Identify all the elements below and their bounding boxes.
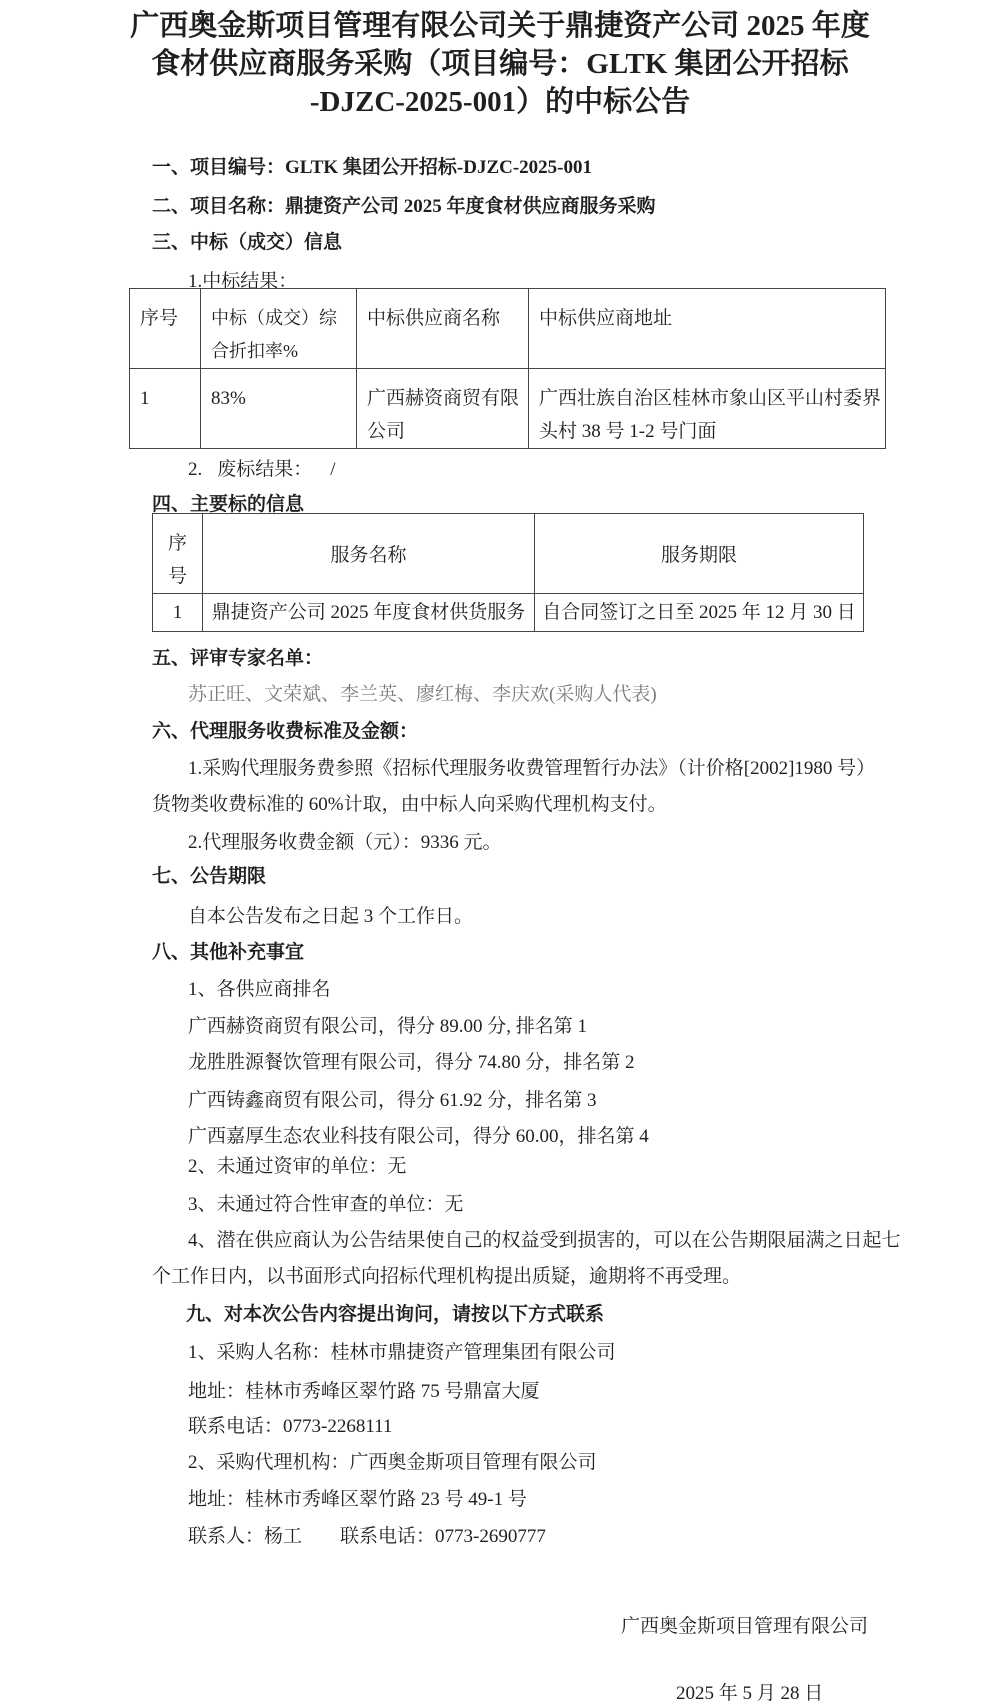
- section-7-heading: 七、公告期限: [152, 858, 266, 895]
- rank-1: 广西赫资商贸有限公司，得分 89.00 分, 排名第 1: [188, 1008, 587, 1045]
- header-cell-supplier: 中标供应商名称: [357, 289, 529, 369]
- section-6-heading: 六、代理服务收费标准及金额：: [152, 713, 418, 750]
- cell-seq: 1: [153, 594, 203, 632]
- fail-result-prefix: 2.: [188, 459, 202, 480]
- section-3-heading: 三、中标（成交）信息: [152, 224, 342, 261]
- agency-fee-standard: 1.采购代理服务费参照《招标代理服务收费管理暂行办法》（计价格[2002]198…: [152, 751, 892, 823]
- section-5-heading: 五、评审专家名单：: [152, 640, 323, 677]
- award-announcement-document: 广西奥金斯项目管理有限公司关于鼎捷资产公司 2025 年度 食材供应商服务采购（…: [0, 0, 1000, 1706]
- agency-fee-amount: 2.代理服务收费金额（元）：9336 元。: [188, 824, 502, 861]
- award-table-header-row: 序号 中标（成交）综合折扣率% 中标供应商名称 中标供应商地址: [130, 289, 886, 369]
- subject-info-table: 序号 服务名称 服务期限 1 鼎捷资产公司 2025 年度食材供货服务 自合同签…: [152, 513, 864, 632]
- cell-seq: 1: [130, 369, 201, 449]
- fail-result-line: 2.废标结果：/: [188, 451, 336, 488]
- award-result-table: 序号 中标（成交）综合折扣率% 中标供应商名称 中标供应商地址 1 83% 广西…: [129, 288, 886, 449]
- header-cell-term: 服务期限: [535, 514, 864, 594]
- buyer-phone: 联系电话：0773-2268111: [188, 1408, 392, 1445]
- title-line-3: -DJZC-2025-001）的中标公告: [0, 83, 1000, 121]
- failed-conformity-line: 3、未通过符合性审查的单位：无: [188, 1186, 464, 1223]
- announcement-period: 自本公告发布之日起 3 个工作日。: [188, 898, 473, 935]
- cell-service: 鼎捷资产公司 2025 年度食材供货服务: [203, 594, 535, 632]
- fail-result-label: 废标结果：: [217, 459, 312, 480]
- header-cell-discount: 中标（成交）综合折扣率%: [201, 289, 357, 369]
- fail-result-value: /: [330, 459, 335, 480]
- agent-address: 地址：桂林市秀峰区翠竹路 23 号 49-1 号: [188, 1481, 527, 1518]
- agent-name: 2、采购代理机构：广西奥金斯项目管理有限公司: [188, 1444, 597, 1481]
- signature-date: 2025 年 5 月 28 日: [676, 1675, 823, 1706]
- expert-list: 苏正旺、文荣斌、李兰英、廖红梅、李庆欢(采购人代表): [188, 676, 657, 713]
- cell-term: 自合同签订之日至 2025 年 12 月 30 日: [535, 594, 864, 632]
- rank-2: 龙胜胜源餐饮管理有限公司，得分 74.80 分，排名第 2: [188, 1044, 635, 1081]
- failed-qualification-line: 2、未通过资审的单位：无: [188, 1148, 407, 1185]
- agent-contact: 联系人：杨工 联系电话：0773-2690777: [188, 1518, 546, 1555]
- header-cell-seq: 序号: [130, 289, 201, 369]
- cell-supplier: 广西赫资商贸有限公司: [357, 369, 529, 449]
- subject-table-header-row: 序号 服务名称 服务期限: [153, 514, 864, 594]
- header-cell-address: 中标供应商地址: [529, 289, 886, 369]
- header-cell-service: 服务名称: [203, 514, 535, 594]
- rank-3: 广西铸鑫商贸有限公司，得分 61.92 分，排名第 3: [188, 1082, 597, 1119]
- section-8-heading: 八、其他补充事宜: [152, 934, 304, 971]
- subject-table-data-row: 1 鼎捷资产公司 2025 年度食材供货服务 自合同签订之日至 2025 年 1…: [153, 594, 864, 632]
- buyer-address: 地址：桂林市秀峰区翠竹路 75 号鼎富大厦: [188, 1373, 540, 1410]
- section-1-heading: 一、项目编号：GLTK 集团公开招标-DJZC-2025-001: [152, 149, 592, 186]
- cell-address: 广西壮族自治区桂林市象山区平山村委界头村 38 号 1-2 号门面: [529, 369, 886, 449]
- buyer-name: 1、采购人名称：桂林市鼎捷资产管理集团有限公司: [188, 1334, 616, 1371]
- award-table-data-row: 1 83% 广西赫资商贸有限公司 广西壮族自治区桂林市象山区平山村委界头村 38…: [130, 369, 886, 449]
- header-cell-seq: 序号: [153, 514, 203, 594]
- section-9-heading: 九、对本次公告内容提出询问，请按以下方式联系: [186, 1296, 604, 1333]
- section-2-heading: 二、项目名称：鼎捷资产公司 2025 年度食材供应商服务采购: [152, 188, 656, 225]
- title-line-2: 食材供应商服务采购（项目编号：GLTK 集团公开招标: [0, 45, 1000, 83]
- title-line-1: 广西奥金斯项目管理有限公司关于鼎捷资产公司 2025 年度: [0, 7, 1000, 45]
- objection-notice: 4、潜在供应商认为公告结果使自己的权益受到损害的，可以在公告期限届满之日起七个工…: [152, 1223, 908, 1295]
- document-title: 广西奥金斯项目管理有限公司关于鼎捷资产公司 2025 年度 食材供应商服务采购（…: [0, 7, 1000, 121]
- cell-discount: 83%: [201, 369, 357, 449]
- signature-company: 广西奥金斯项目管理有限公司: [621, 1608, 868, 1645]
- supplier-ranking-label: 1、各供应商排名: [188, 971, 331, 1008]
